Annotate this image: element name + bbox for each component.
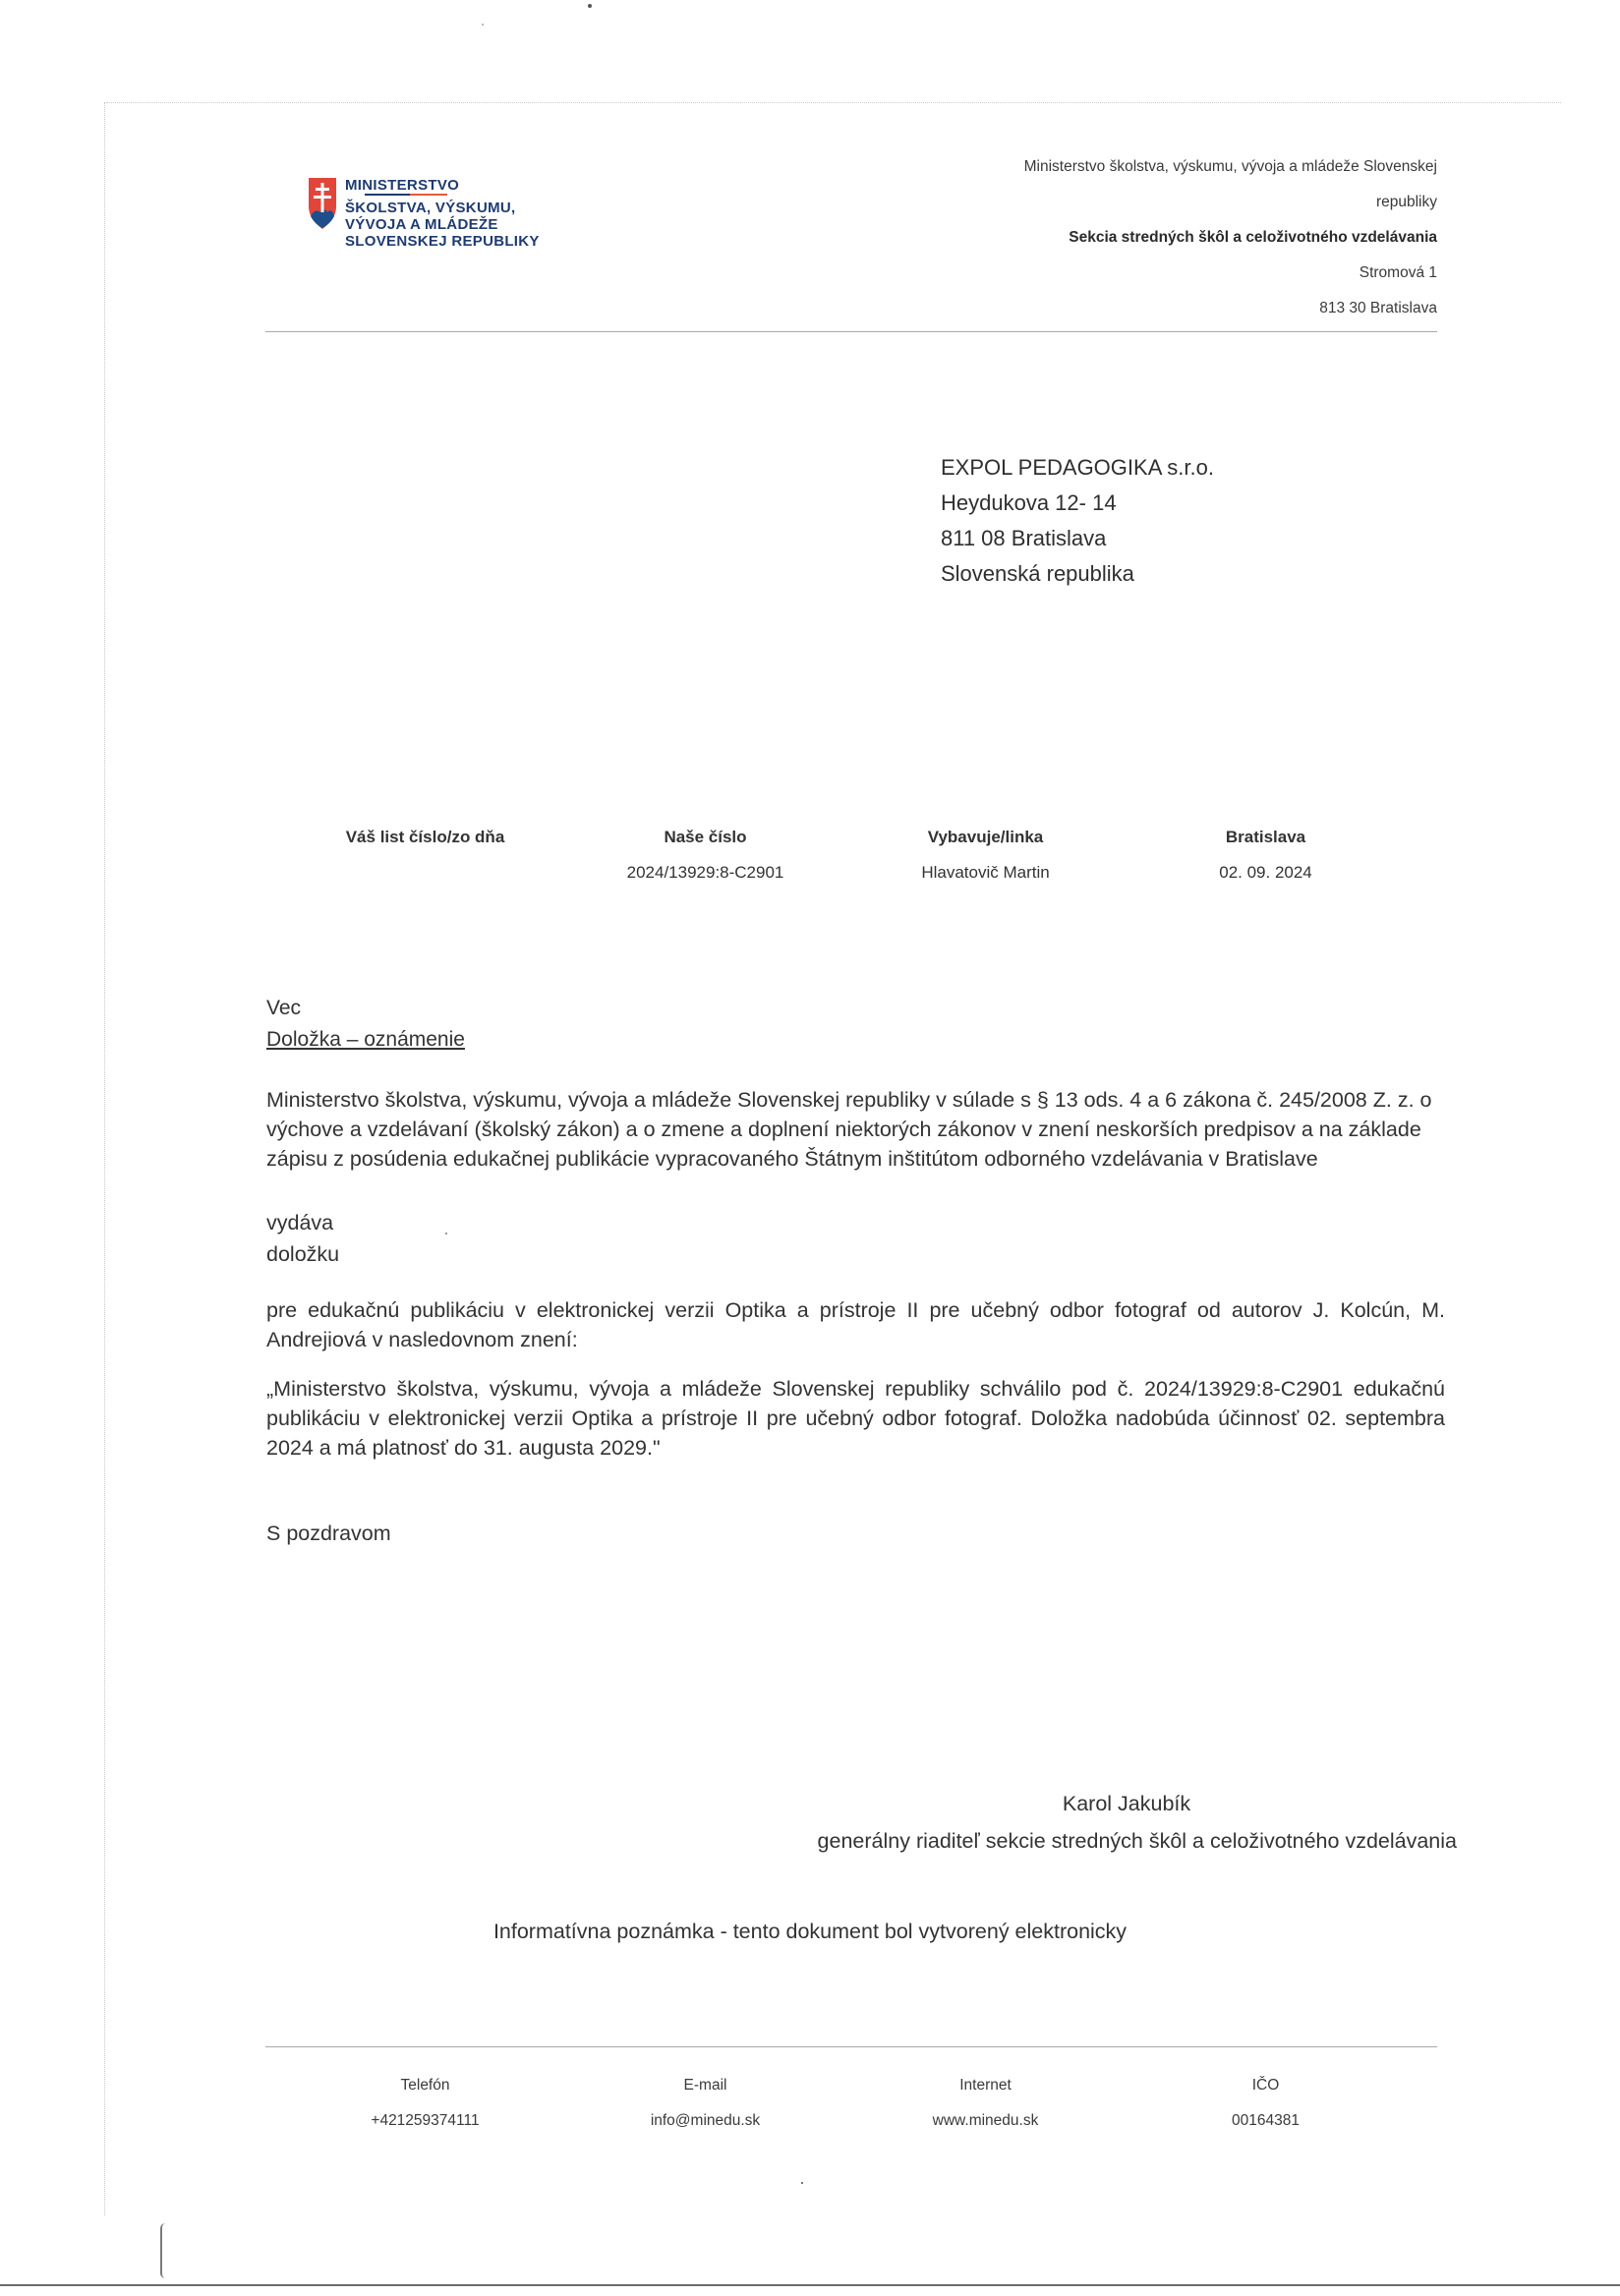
signature-block: Karol Jakubík generálny riaditeľ sekcie … [796,1785,1457,1860]
sender-city: 813 30 Bratislava [1024,291,1437,326]
footer-email: E-mail info@minedu.sk [565,2068,845,2139]
sender-address: Ministerstvo školstva, výskumu, vývoja a… [1024,149,1437,326]
subject-label: Vec [266,993,465,1024]
scan-bracket-mark [160,2223,165,2278]
footer-label: Telefón [285,2068,565,2103]
footer-phone: Telefón +421259374111 [285,2068,565,2139]
footer-internet: Internet www.minedu.sk [845,2068,1126,2139]
scan-speck [801,2182,803,2184]
scan-top-edge [106,102,1561,103]
sender-line-2: republiky [1024,185,1437,220]
informative-note: Informatívna poznámka - tento dokument b… [0,1920,1620,1944]
intro-paragraph: Ministerstvo školstva, výskumu, vývoja a… [266,1085,1445,1174]
ref-label: Vybavuje/linka [845,820,1126,855]
sender-line-1: Ministerstvo školstva, výskumu, vývoja a… [1024,149,1437,185]
greeting: S pozdravom [266,1521,391,1546]
recipient-street: Heydukova 12- 14 [941,486,1214,521]
footer-value: 00164381 [1126,2103,1406,2139]
scan-bottom-edge [0,2284,1620,2286]
footer-value: +421259374111 [285,2103,565,2139]
scan-speck [482,24,484,26]
footer-contacts: Telefón +421259374111 E-mail info@minedu… [285,2068,1406,2139]
footer-ico: IČO 00164381 [1126,2068,1406,2139]
logo-line-3: VÝVOJA A MLÁDEŽE [345,216,540,233]
sender-street: Stromová 1 [1024,256,1437,291]
ref-handled-by: Vybavuje/linka Hlavatovič Martin [845,820,1126,890]
subject-block: Vec Doložka – oznámenie [266,993,465,1056]
logo-accent-rule [365,194,447,196]
publication-paragraph: pre edukačnú publikáciu v elektronickej … [266,1295,1445,1354]
footer-label: E-mail [565,2068,845,2103]
ref-value: Hlavatovič Martin [845,855,1126,890]
ref-label: Naše číslo [565,820,845,855]
recipient-country: Slovenská republika [941,556,1214,592]
ref-value: 2024/13929:8-C2901 [565,855,845,890]
footer-website-link[interactable]: www.minedu.sk [845,2103,1126,2139]
logo-line-4: SLOVENSKEJ REPUBLIKY [345,233,540,250]
recipient-name: EXPOL PEDAGOGIKA s.r.o. [941,450,1214,486]
ministry-logo: MINISTERSTVO ŠKOLSTVA, VÝSKUMU, VÝVOJA A… [308,177,540,250]
footer-label: Internet [845,2068,1126,2103]
issues-line-2: doložku [266,1238,339,1270]
slovak-coat-of-arms-icon [308,177,337,230]
ref-value [285,855,565,890]
ref-value: 02. 09. 2024 [1126,855,1406,890]
signatory-title: generálny riaditeľ sekcie stredných škôl… [796,1822,1457,1860]
clause-quote-paragraph: „Ministerstvo školstva, výskumu, vývoja … [266,1374,1445,1463]
logo-line-1: MINISTERSTVO [345,177,540,194]
ref-label: Váš list číslo/zo dňa [285,820,565,855]
recipient-city: 811 08 Bratislava [941,521,1214,556]
logo-line-2: ŠKOLSTVA, VÝSKUMU, [345,200,540,216]
recipient-address: EXPOL PEDAGOGIKA s.r.o. Heydukova 12- 14… [941,450,1214,592]
ref-our-number: Naše číslo 2024/13929:8-C2901 [565,820,845,890]
issues-line-1: vydáva [266,1207,339,1238]
header-divider [265,331,1437,332]
ministry-logo-text: MINISTERSTVO ŠKOLSTVA, VÝSKUMU, VÝVOJA A… [345,177,540,250]
ref-place-date: Bratislava 02. 09. 2024 [1126,820,1406,890]
signatory-name: Karol Jakubík [796,1785,1457,1822]
ref-label: Bratislava [1126,820,1406,855]
scan-speck [588,4,592,8]
issues-statement: vydáva doložku [266,1207,339,1270]
scan-speck [445,1233,447,1234]
ref-your-letter: Váš list číslo/zo dňa [285,820,565,890]
footer-divider [265,2046,1437,2047]
sender-section: Sekcia stredných škôl a celoživotného vz… [1024,220,1437,256]
footer-email-link[interactable]: info@minedu.sk [565,2103,845,2139]
subject-title: Doložka – oznámenie [266,1024,465,1056]
scan-left-edge [104,102,105,2215]
footer-label: IČO [1126,2068,1406,2103]
reference-table: Váš list číslo/zo dňa Naše číslo 2024/13… [285,820,1406,890]
